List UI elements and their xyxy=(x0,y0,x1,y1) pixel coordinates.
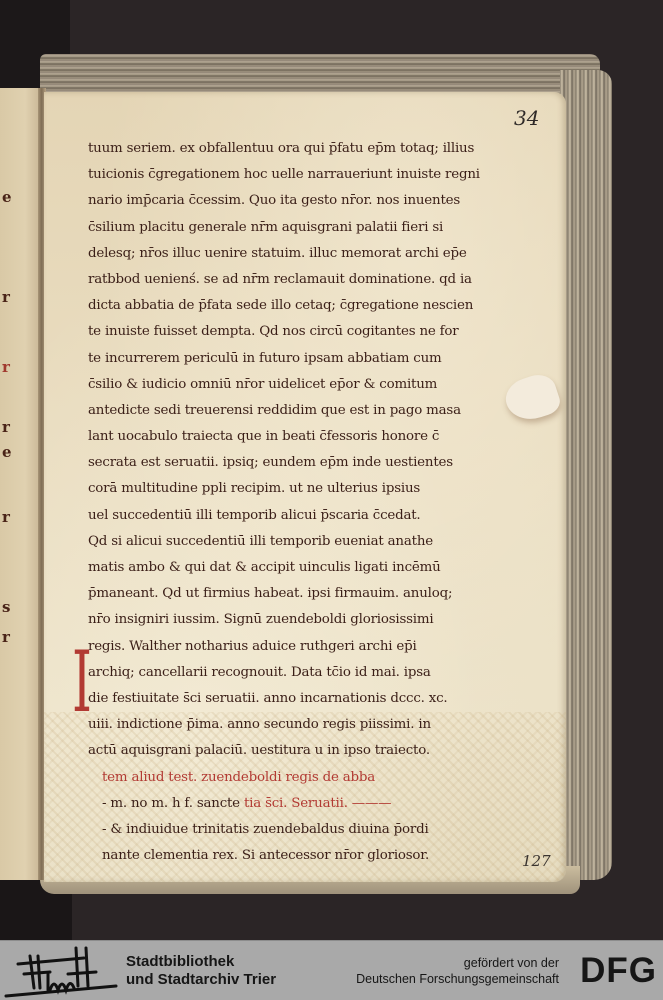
funding-line-2: Deutschen Forschungsgemeinschaft xyxy=(356,971,559,987)
text-line: c̄silio & iudicio omniū nr̄or uidelicet … xyxy=(88,372,508,398)
institution-line-1: Stadtbibliothek xyxy=(126,953,276,971)
funding-statement: gefördert von der Deutschen Forschungsge… xyxy=(356,955,559,987)
institution-line-2: und Stadtarchiv Trier xyxy=(126,971,276,989)
verso-page-fragment: e r r r e r s r xyxy=(0,88,42,880)
rubric-line-mixed: - m. no m. h f. sancte tia s̄ci. Seruati… xyxy=(88,791,508,817)
footer-banner: Stadtbibliothek und Stadtarchiv Trier ge… xyxy=(0,940,663,1000)
text-line: te incurrerem periculū in futuro ipsam a… xyxy=(88,346,508,372)
text-line: antedicte sedi treuerensi reddidim que e… xyxy=(88,398,508,424)
text-line: dicta abbatia de p̄fata sede illo cetaq;… xyxy=(88,293,508,319)
text-line: corā multitudine ppli recipim. ut ne ult… xyxy=(88,476,508,502)
text-line: uel succedentiū illi temporib alicui p̄s… xyxy=(88,503,508,529)
text-line: secrata est seruatii. ipsiq; eundem ep̄m… xyxy=(88,450,508,476)
text-line: lant uocabulo traiecta que in beati c̄fe… xyxy=(88,424,508,450)
text-line: c̄silium placitu generale nr̄m aquisgran… xyxy=(88,215,508,241)
recto-page: 34 tuum seriem. ex obfallentuu ora qui p… xyxy=(44,92,566,882)
rubric-black-segment: - m. no m. h f. sancte xyxy=(102,796,240,811)
decorated-initial: I xyxy=(72,640,92,724)
parchment-repair-patch xyxy=(501,370,563,426)
rubric-red-segment: tia s̄ci. Seruatii. ——— xyxy=(244,796,391,811)
verso-letter: r xyxy=(2,628,10,646)
text-line: tuicionis c̄gregationem hoc uelle narrau… xyxy=(88,162,508,188)
text-line: ratbbod uenienś. se ad nr̄m reclamauit d… xyxy=(88,267,508,293)
text-line: matis ambo & qui dat & accipit uinculis … xyxy=(88,555,508,581)
verso-letter: s xyxy=(2,598,10,616)
page-stack-top-edge xyxy=(40,54,600,94)
page-stack-fore-edge xyxy=(560,70,612,880)
verso-letter: e xyxy=(2,443,12,461)
verso-letter: r xyxy=(2,358,10,376)
text-line: nante clementia rex. Si antecessor nr̄or… xyxy=(88,843,508,869)
verso-letter: e xyxy=(2,188,12,206)
text-line: regis. Walther notharius aduice ruthgeri… xyxy=(88,634,508,660)
text-line: nr̄o insigniri iussim. Signū zuendeboldi… xyxy=(88,607,508,633)
text-line: nario imp̄caria c̄cessim. Quo ita gesto … xyxy=(88,188,508,214)
verso-letter: r xyxy=(2,288,10,306)
stadtbibliothek-trier-logo-icon xyxy=(4,944,120,998)
text-line: - & indiuidue trinitatis zuendebaldus di… xyxy=(88,817,508,843)
text-line: delesq; nr̄os illuc uenire statuim. illu… xyxy=(88,241,508,267)
verso-letter: r xyxy=(2,418,10,436)
text-line: archiq; cancellarii recognouit. Data tc̄… xyxy=(88,660,508,686)
text-line: uiii. indictione p̄ima. anno secundo reg… xyxy=(88,712,508,738)
text-line: Qd si alicui succedentiū illi temporib e… xyxy=(88,529,508,555)
text-line: te inuiste fuisset dempta. Qd nos circū … xyxy=(88,319,508,345)
text-line: tuum seriem. ex obfallentuu ora qui p̄fa… xyxy=(88,136,508,162)
text-line: die festiuitate s̄ci seruatii. anno inca… xyxy=(88,686,508,712)
text-line: actū aquisgrani palaciū. uestitura u in … xyxy=(88,738,508,764)
institution-name: Stadtbibliothek und Stadtarchiv Trier xyxy=(126,953,276,989)
dfg-logo-icon: DFG xyxy=(580,953,657,989)
folio-number-top: 34 xyxy=(514,106,539,130)
text-line: p̄maneant. Qd ut firmius habeat. ipsi fi… xyxy=(88,581,508,607)
funding-line-1: gefördert von der xyxy=(356,955,559,971)
rubric-line: tem aliud test. zuendeboldi regis de abb… xyxy=(88,765,508,791)
folio-number-bottom: 127 xyxy=(522,852,551,870)
manuscript-text-block: tuum seriem. ex obfallentuu ora qui p̄fa… xyxy=(88,136,508,869)
verso-letter: r xyxy=(2,508,10,526)
